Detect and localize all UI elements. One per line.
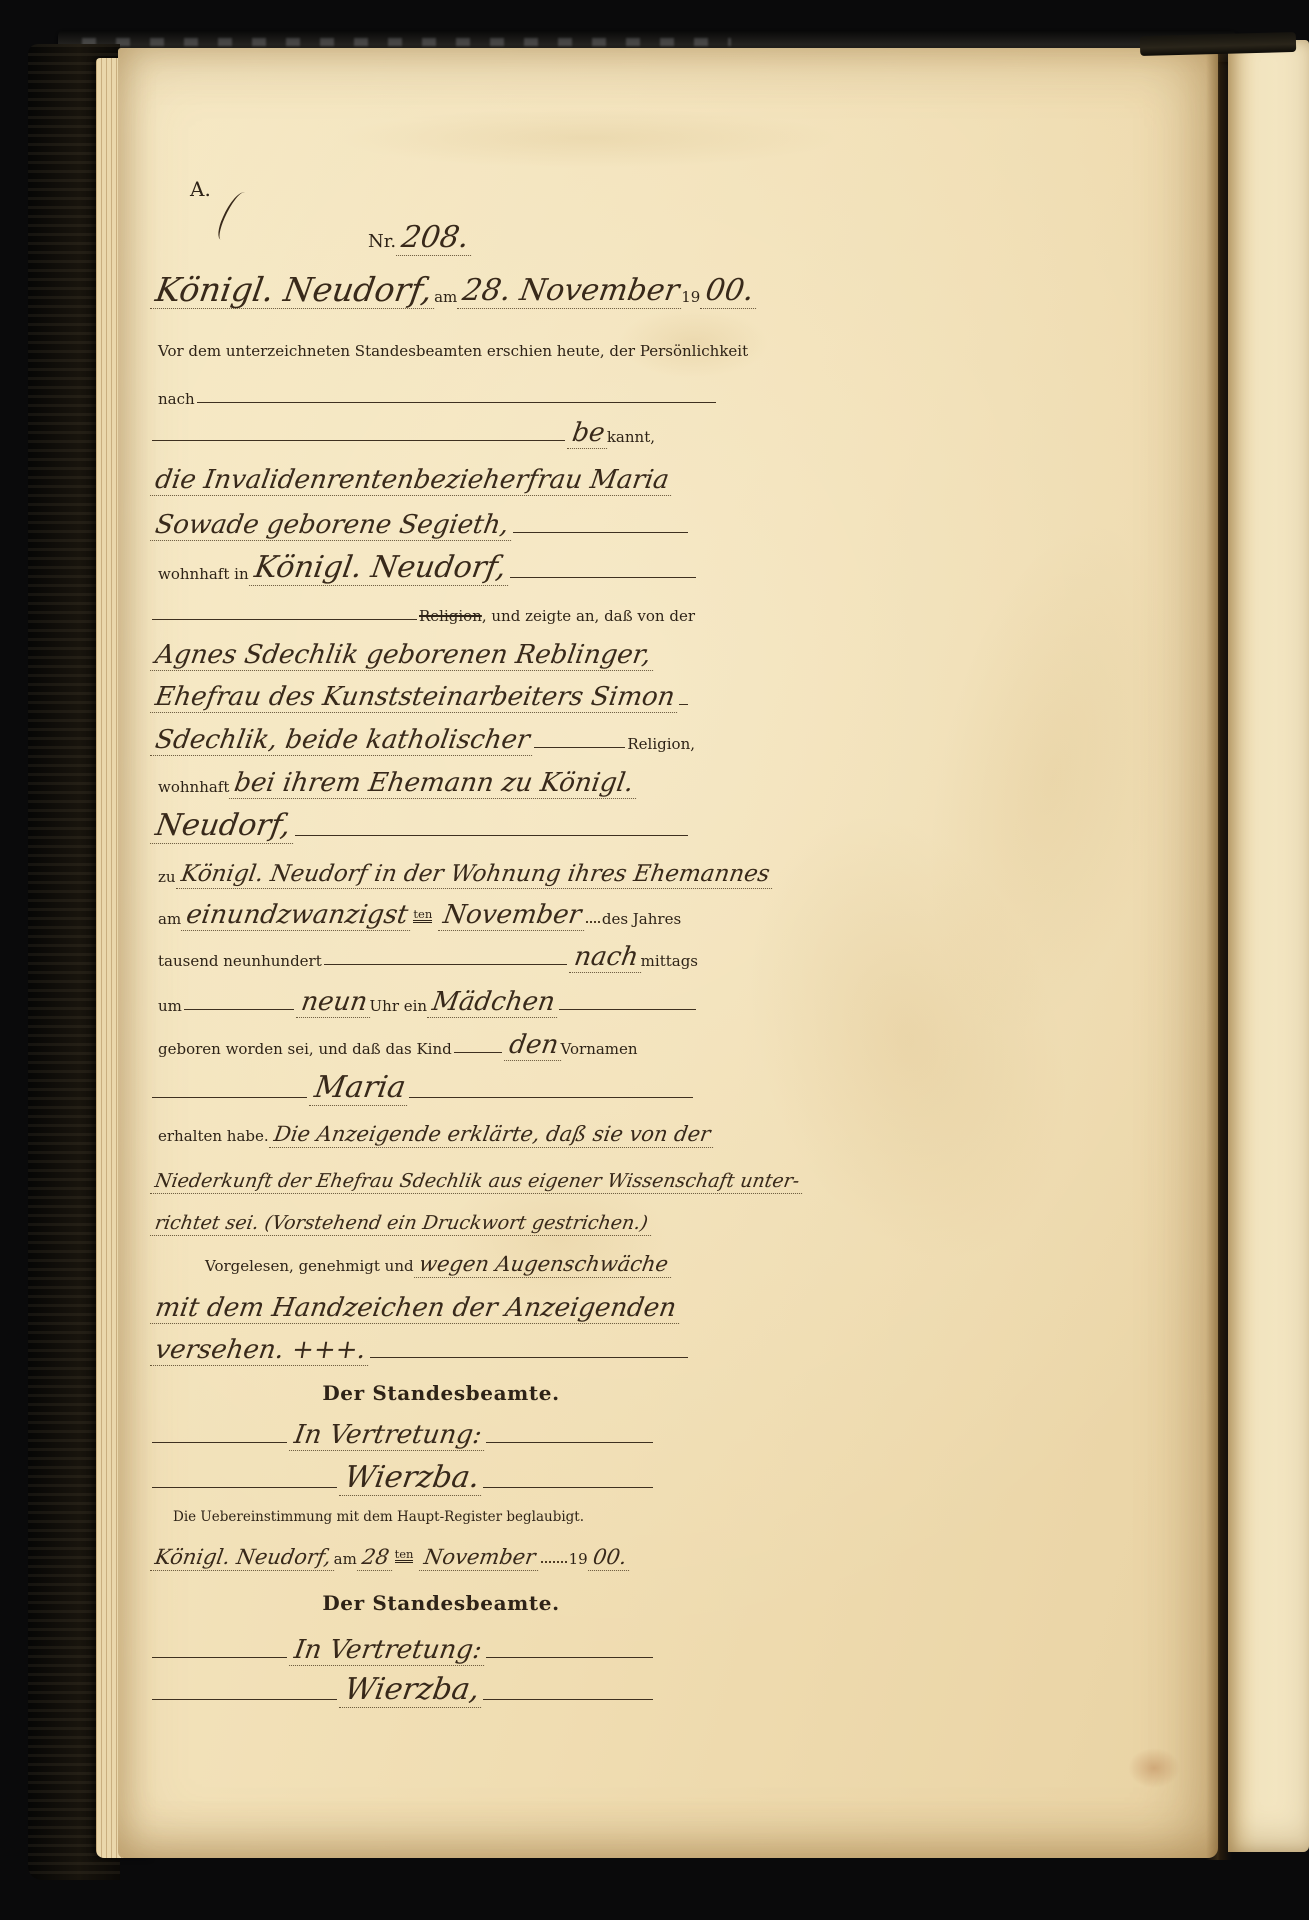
hand-approval-2: mit dem Handzeichen der Anzeigenden bbox=[150, 1295, 683, 1324]
hand-child-sex: Mädchen bbox=[427, 989, 562, 1018]
printed-cert-century: 19 bbox=[569, 1551, 588, 1572]
hand-approval-1: wegen Augenschwäche bbox=[414, 1254, 675, 1278]
note-row-1: erhalten habe. Die Anzeigende erklärte, … bbox=[158, 1110, 698, 1148]
head-day-month: 28. November bbox=[457, 276, 686, 309]
printed-wohnhaft: wohnhaft bbox=[158, 779, 229, 800]
printed-zu: zu bbox=[158, 869, 176, 890]
mother-residence-row: wohnhaft bei ihrem Ehemann zu Königl. bbox=[158, 761, 698, 799]
approval-row-1: Vorgelesen, genehmigt und wegen Augensch… bbox=[205, 1240, 670, 1278]
registrar-signature-2: Wierzba, bbox=[339, 1675, 487, 1708]
hand-mother-1: Agnes Sdechlik geborenen Reblinger, bbox=[150, 642, 658, 671]
rule-line bbox=[152, 440, 565, 441]
printed-des-jahres: des Jahres bbox=[602, 911, 681, 932]
mother-row-1: Agnes Sdechlik geborenen Reblinger, bbox=[150, 633, 690, 671]
intro-text: Vor dem unterzeichneten Standesbeamten e… bbox=[158, 343, 748, 364]
rule-line bbox=[324, 964, 567, 965]
printed-ten-suffix: ten bbox=[413, 908, 432, 923]
hand-cert-month: November bbox=[419, 1547, 542, 1571]
birth-place-row: zu Königl. Neudorf in der Wohnung ihres … bbox=[158, 851, 698, 889]
section-label-row: A. bbox=[190, 166, 211, 204]
hand-cert-place: Königl. Neudorf, bbox=[150, 1547, 337, 1571]
rule-line bbox=[510, 577, 696, 578]
hand-birth-day: einundzwanzigst bbox=[181, 902, 415, 931]
intro-row: Vor dem unterzeichneten Standesbeamten e… bbox=[158, 325, 748, 363]
paper-stain bbox=[338, 108, 838, 168]
rule-line bbox=[197, 402, 716, 403]
rule-line bbox=[152, 1442, 287, 1443]
printed-vornamen: Vornamen bbox=[561, 1041, 638, 1062]
mother-residence-row-2: Neudorf, bbox=[150, 806, 690, 844]
rule-line bbox=[486, 1657, 653, 1658]
hand-note-2: Niederkunft der Ehefrau Sdechlik aus eig… bbox=[150, 1172, 806, 1194]
paper-stain bbox=[1128, 1748, 1180, 1788]
hand-hour: neun bbox=[296, 989, 374, 1018]
printed-uhr-ein: Uhr ein bbox=[370, 998, 428, 1019]
record-number-value: 208. bbox=[396, 223, 476, 256]
printed-tausend: tausend neunhundert bbox=[158, 953, 322, 974]
hand-mother-3: Sdechlik, beide katholischer bbox=[150, 727, 536, 756]
rule-line bbox=[295, 835, 688, 836]
hand-note-1: Die Anzeigende erklärte, daß sie von der bbox=[269, 1124, 717, 1148]
declarant-row-1: die Invalidenrentenbezieherfrau Maria bbox=[150, 458, 690, 496]
paper-stain bbox=[694, 773, 1121, 1303]
rule-line bbox=[409, 1097, 693, 1098]
child-name-row: Maria bbox=[150, 1068, 695, 1106]
printed-geboren: geboren worden sei, und daß das Kind bbox=[158, 1041, 452, 1062]
hand-cert-year: 00. bbox=[588, 1547, 633, 1571]
hand-den: den bbox=[504, 1032, 565, 1061]
head-year: 00. bbox=[700, 276, 761, 309]
cert-date-row: Königl. Neudorf, am 28 ten November 19 0… bbox=[150, 1533, 690, 1571]
printed-wohnhaft-in: wohnhaft in bbox=[158, 566, 249, 587]
paper-stain bbox=[886, 500, 1219, 1056]
rule-line bbox=[184, 1009, 294, 1010]
hand-child-name: Maria bbox=[309, 1073, 413, 1106]
registrar-heading-2: Der Standesbeamte. bbox=[322, 1592, 559, 1616]
hand-residence: Königl. Neudorf, bbox=[249, 553, 513, 586]
hand-deputy-2: In Vertretung: bbox=[289, 1637, 489, 1666]
child-name-intro-row: geboren worden sei, und daß das Kind den… bbox=[158, 1023, 698, 1061]
deputy-row-2: In Vertretung: bbox=[150, 1628, 655, 1666]
rule-line bbox=[152, 1699, 337, 1700]
mother-row-2: Ehefrau des Kunststeinarbeiters Simon bbox=[150, 675, 690, 713]
signature-row-2: Wierzba, bbox=[150, 1670, 655, 1708]
rule-line bbox=[152, 1657, 287, 1658]
hand-declarant-1: die Invalidenrentenbezieherfrau Maria bbox=[150, 467, 676, 496]
residence-row: wohnhaft in Königl. Neudorf, bbox=[158, 548, 698, 586]
rule-line bbox=[152, 619, 417, 620]
approval-row-2: mit dem Handzeichen der Anzeigenden bbox=[150, 1286, 690, 1324]
hand-deputy: In Vertretung: bbox=[289, 1422, 489, 1451]
head-date-row: Königl. Neudorf, am 28. November 19 00. bbox=[150, 271, 715, 309]
declarant-row-2: Sowade geborene Segieth, bbox=[150, 503, 690, 541]
section-label: A. bbox=[190, 178, 211, 204]
binding-strap bbox=[1140, 32, 1296, 56]
rule-line bbox=[483, 1487, 653, 1488]
rule-line bbox=[541, 1561, 567, 1563]
printed-vorgelesen: Vorgelesen, genehmigt und bbox=[205, 1258, 414, 1279]
rule-line bbox=[586, 921, 600, 923]
hand-birth-month: November bbox=[438, 902, 588, 931]
hand-mother-residence: bei ihrem Ehemann zu Königl. bbox=[229, 770, 640, 799]
printed-erhalten-habe: erhalten habe. bbox=[158, 1128, 269, 1149]
rule-line bbox=[679, 704, 688, 705]
printed-mittags: mittags bbox=[641, 953, 698, 974]
hand-cert-day: 28 bbox=[357, 1547, 396, 1571]
rule-line bbox=[152, 1487, 337, 1488]
rule-line bbox=[152, 1097, 307, 1098]
register-page: A. Nr. 208. Königl. Neudorf, am 28. Nove… bbox=[118, 48, 1218, 1858]
registrar-heading-row-2: Der Standesbeamte. bbox=[150, 1578, 732, 1616]
birth-date-row: am einundzwanzigst ten November des Jahr… bbox=[158, 893, 698, 931]
record-number-row: Nr. 208. bbox=[368, 218, 471, 256]
printed-religion: Religion, bbox=[627, 736, 695, 757]
approval-row-3: versehen. +++. bbox=[150, 1328, 690, 1366]
birth-time-row: um neun Uhr ein Mädchen bbox=[158, 980, 698, 1018]
printed-century: 19 bbox=[681, 289, 700, 310]
printed-am-2: am bbox=[158, 911, 181, 932]
hand-nach-mittags: nach bbox=[569, 944, 645, 973]
registrar-heading: Der Standesbeamte. bbox=[322, 1382, 559, 1406]
nach-row: nach bbox=[158, 373, 718, 411]
printed-nach: nach bbox=[158, 391, 195, 412]
rule-line bbox=[486, 1442, 653, 1443]
rule-line bbox=[454, 1052, 502, 1053]
head-place: Königl. Neudorf, bbox=[150, 273, 440, 309]
printed-religion-struck: Religion bbox=[419, 608, 482, 629]
certification-text: Die Uebereinstimmung mit dem Haupt-Regis… bbox=[173, 1510, 584, 1529]
bekannt-row: be kannt, bbox=[150, 411, 655, 449]
rule-line bbox=[559, 1009, 696, 1010]
registrar-heading-row: Der Standesbeamte. bbox=[150, 1368, 732, 1406]
note-row-3: richtet sei. (Vorstehend ein Druckwort g… bbox=[150, 1198, 690, 1236]
printed-cert-ten: ten bbox=[395, 1548, 414, 1563]
hand-note-3: richtet sei. (Vorstehend ein Druckwort g… bbox=[150, 1214, 654, 1236]
printed-am: am bbox=[434, 289, 457, 310]
rule-line bbox=[483, 1699, 653, 1700]
printed-kannt: kannt, bbox=[607, 429, 655, 450]
record-number-prefix: Nr. bbox=[368, 232, 396, 256]
rule-line bbox=[534, 747, 625, 748]
birth-year-row: tausend neunhundert nach mittags bbox=[158, 935, 698, 973]
hand-birth-place: Königl. Neudorf in der Wohnung ihres Ehe… bbox=[176, 863, 776, 889]
certification-row: Die Uebereinstimmung mit dem Haupt-Regis… bbox=[173, 1491, 584, 1529]
hand-approval-3: versehen. +++. bbox=[150, 1337, 373, 1366]
deputy-row: In Vertretung: bbox=[150, 1413, 655, 1451]
book-scan: { "document": { "section_label": "A.", "… bbox=[0, 0, 1309, 1920]
religion-struck-row: Religion , und zeigte an, daß von der bbox=[150, 590, 695, 628]
hand-mother-2: Ehefrau des Kunststeinarbeiters Simon bbox=[150, 684, 682, 713]
hand-be: be bbox=[567, 420, 612, 449]
rule-line bbox=[370, 1357, 688, 1358]
hand-mother-residence-2: Neudorf, bbox=[150, 811, 298, 844]
facing-page-edge bbox=[1228, 40, 1309, 1852]
pen-flourish bbox=[214, 190, 253, 243]
printed-cert-am: am bbox=[334, 1551, 357, 1572]
mother-row-3: Sdechlik, beide katholischer Religion, bbox=[150, 718, 695, 756]
printed-zeigte-an: , und zeigte an, daß von der bbox=[482, 608, 695, 629]
note-row-2: Niederkunft der Ehefrau Sdechlik aus eig… bbox=[150, 1156, 690, 1194]
hand-declarant-2: Sowade geborene Segieth, bbox=[150, 512, 516, 541]
rule-line bbox=[513, 532, 688, 533]
printed-um: um bbox=[158, 998, 182, 1019]
